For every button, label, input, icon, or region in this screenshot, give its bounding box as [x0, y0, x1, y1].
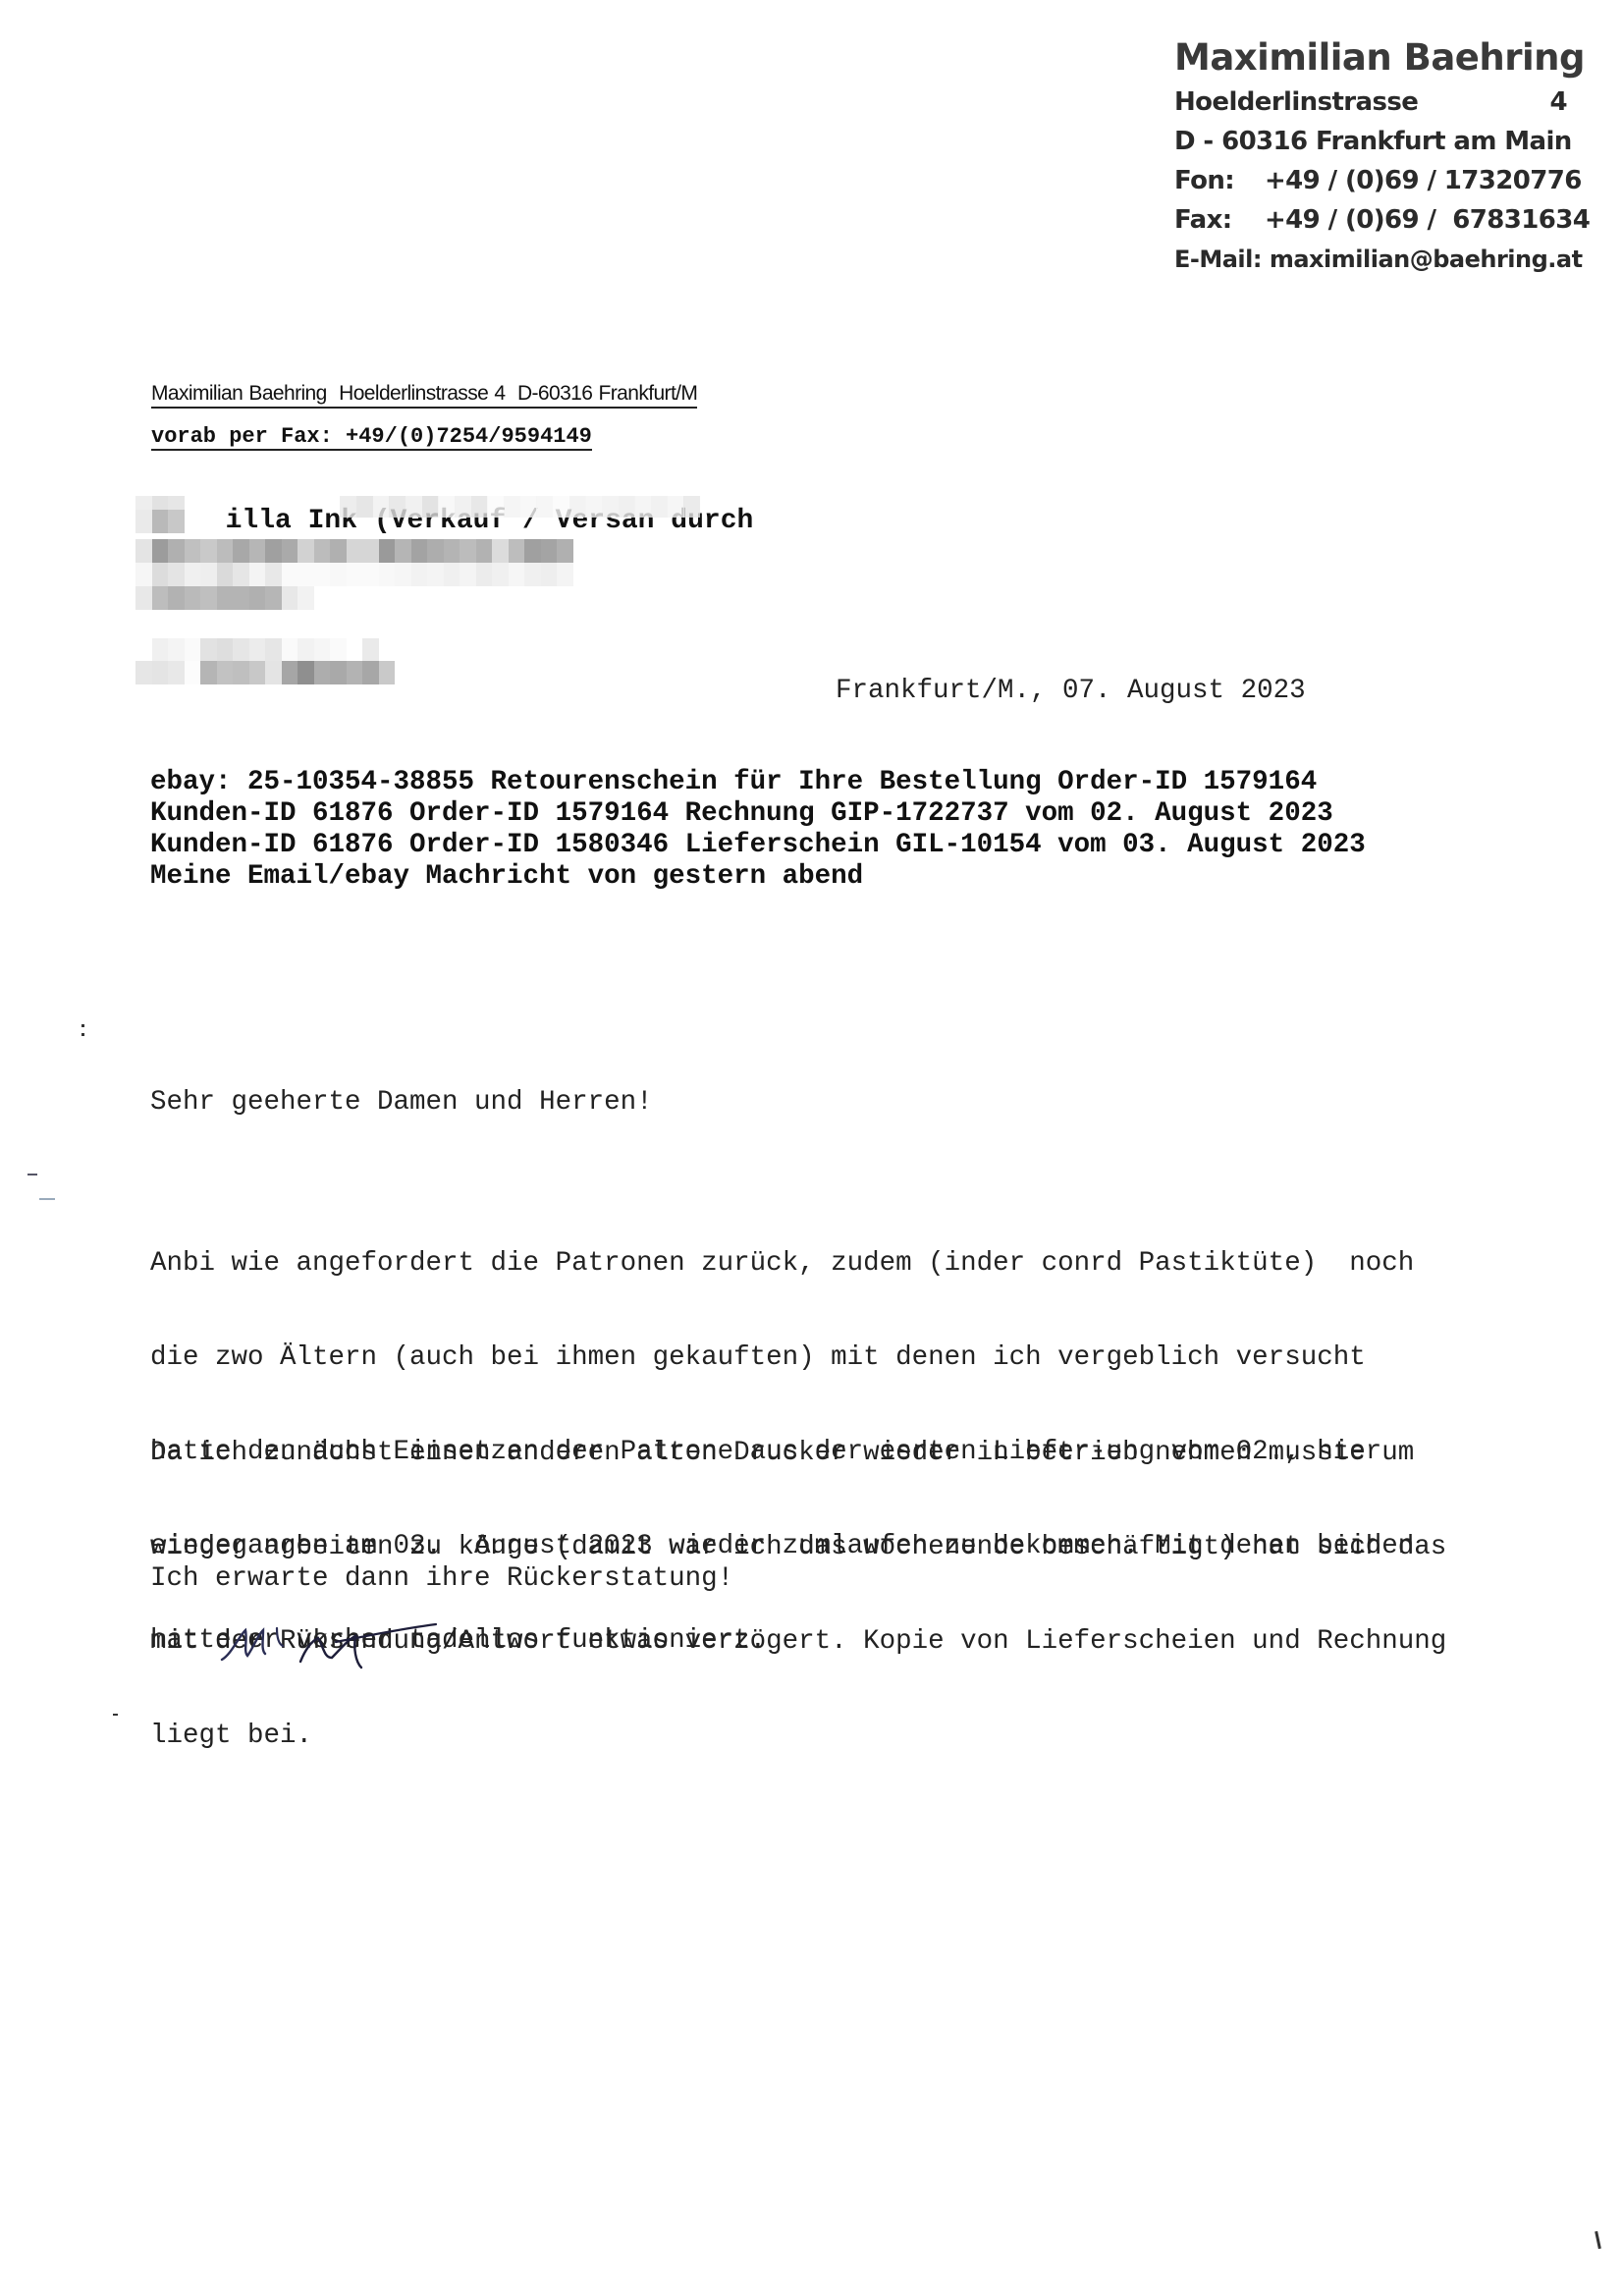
- reference-line: ebay: 25-10354-38855 Retourenschein für …: [150, 767, 1366, 798]
- letterhead-email: E-Mail: maximilian@baehring.at: [1174, 240, 1567, 279]
- house-number: 4: [1550, 82, 1568, 122]
- letterhead-street: Hoelderlinstrasse 4: [1174, 82, 1567, 122]
- text-line: wieder arbeiten zu könne (damit war ich …: [150, 1532, 1446, 1563]
- letterhead-phone: Fon:+49 / (0)69 / 17320776: [1174, 161, 1567, 200]
- salutation: Sehr geeherte Damen und Herren!: [150, 1087, 653, 1119]
- reference-line: Meine Email/ebay Machricht von gestern a…: [150, 861, 1366, 893]
- scan-mark: [1595, 2231, 1601, 2249]
- scan-mark: [81, 1033, 84, 1036]
- body-paragraph-2: Da ich zunächst einen anderen alten Druc…: [150, 1375, 1446, 1815]
- letterhead: Maximilian Baehring Hoelderlinstrasse 4 …: [1174, 33, 1567, 279]
- scan-mark: [113, 1714, 118, 1716]
- fax-number: +49 / (0)69 / 67831634: [1265, 200, 1590, 240]
- letterhead-city: D - 60316 Frankfurt am Main: [1174, 122, 1567, 161]
- scan-mark: [81, 1024, 84, 1027]
- email-address: maximilian@baehring.at: [1270, 240, 1583, 279]
- text-line: liegt bei.: [150, 1721, 1446, 1752]
- letter-page: Maximilian Baehring Hoelderlinstrasse 4 …: [0, 0, 1623, 2296]
- letterhead-fax: Fax:+49 / (0)69 / 67831634: [1174, 200, 1567, 240]
- email-label: E-Mail:: [1174, 240, 1262, 279]
- recipient-address-redacted: illa Ink (Verkauf / Versan durch: [135, 496, 803, 692]
- city-line: D - 60316 Frankfurt am Main: [1174, 122, 1572, 161]
- reference-line: Kunden-ID 61876 Order-ID 1579164 Rechnun…: [150, 798, 1366, 830]
- text-line: Anbi wie angefordert die Patronen zurück…: [150, 1248, 1414, 1280]
- phone-number: +49 / (0)69 / 17320776: [1265, 161, 1582, 200]
- reference-block: ebay: 25-10354-38855 Retourenschein für …: [150, 767, 1366, 893]
- closing-line: Ich erwarte dann ihre Rückerstatung!: [150, 1563, 733, 1595]
- scan-mark: [27, 1174, 37, 1175]
- fax-label: Fax:: [1174, 200, 1265, 240]
- letterhead-name: Maximilian Baehring: [1174, 33, 1567, 82]
- sender-return-address: Maximilian Baehring Hoelderlinstrasse 4 …: [151, 382, 697, 409]
- street-name: Hoelderlinstrasse: [1174, 82, 1418, 122]
- reference-line: Kunden-ID 61876 Order-ID 1580346 Liefers…: [150, 830, 1366, 861]
- scan-mark: [39, 1198, 55, 1200]
- signature-icon: [218, 1618, 522, 1687]
- text-line: die zwo Ältern (auch bei ihmen gekauften…: [150, 1342, 1414, 1374]
- text-line: Da ich zunächst einen anderen alten Druc…: [150, 1438, 1446, 1469]
- date-line: Frankfurt/M., 07. August 2023: [836, 676, 1306, 706]
- phone-label: Fon:: [1174, 161, 1265, 200]
- fax-notice: vorab per Fax: +49/(0)7254/9594149: [151, 424, 592, 451]
